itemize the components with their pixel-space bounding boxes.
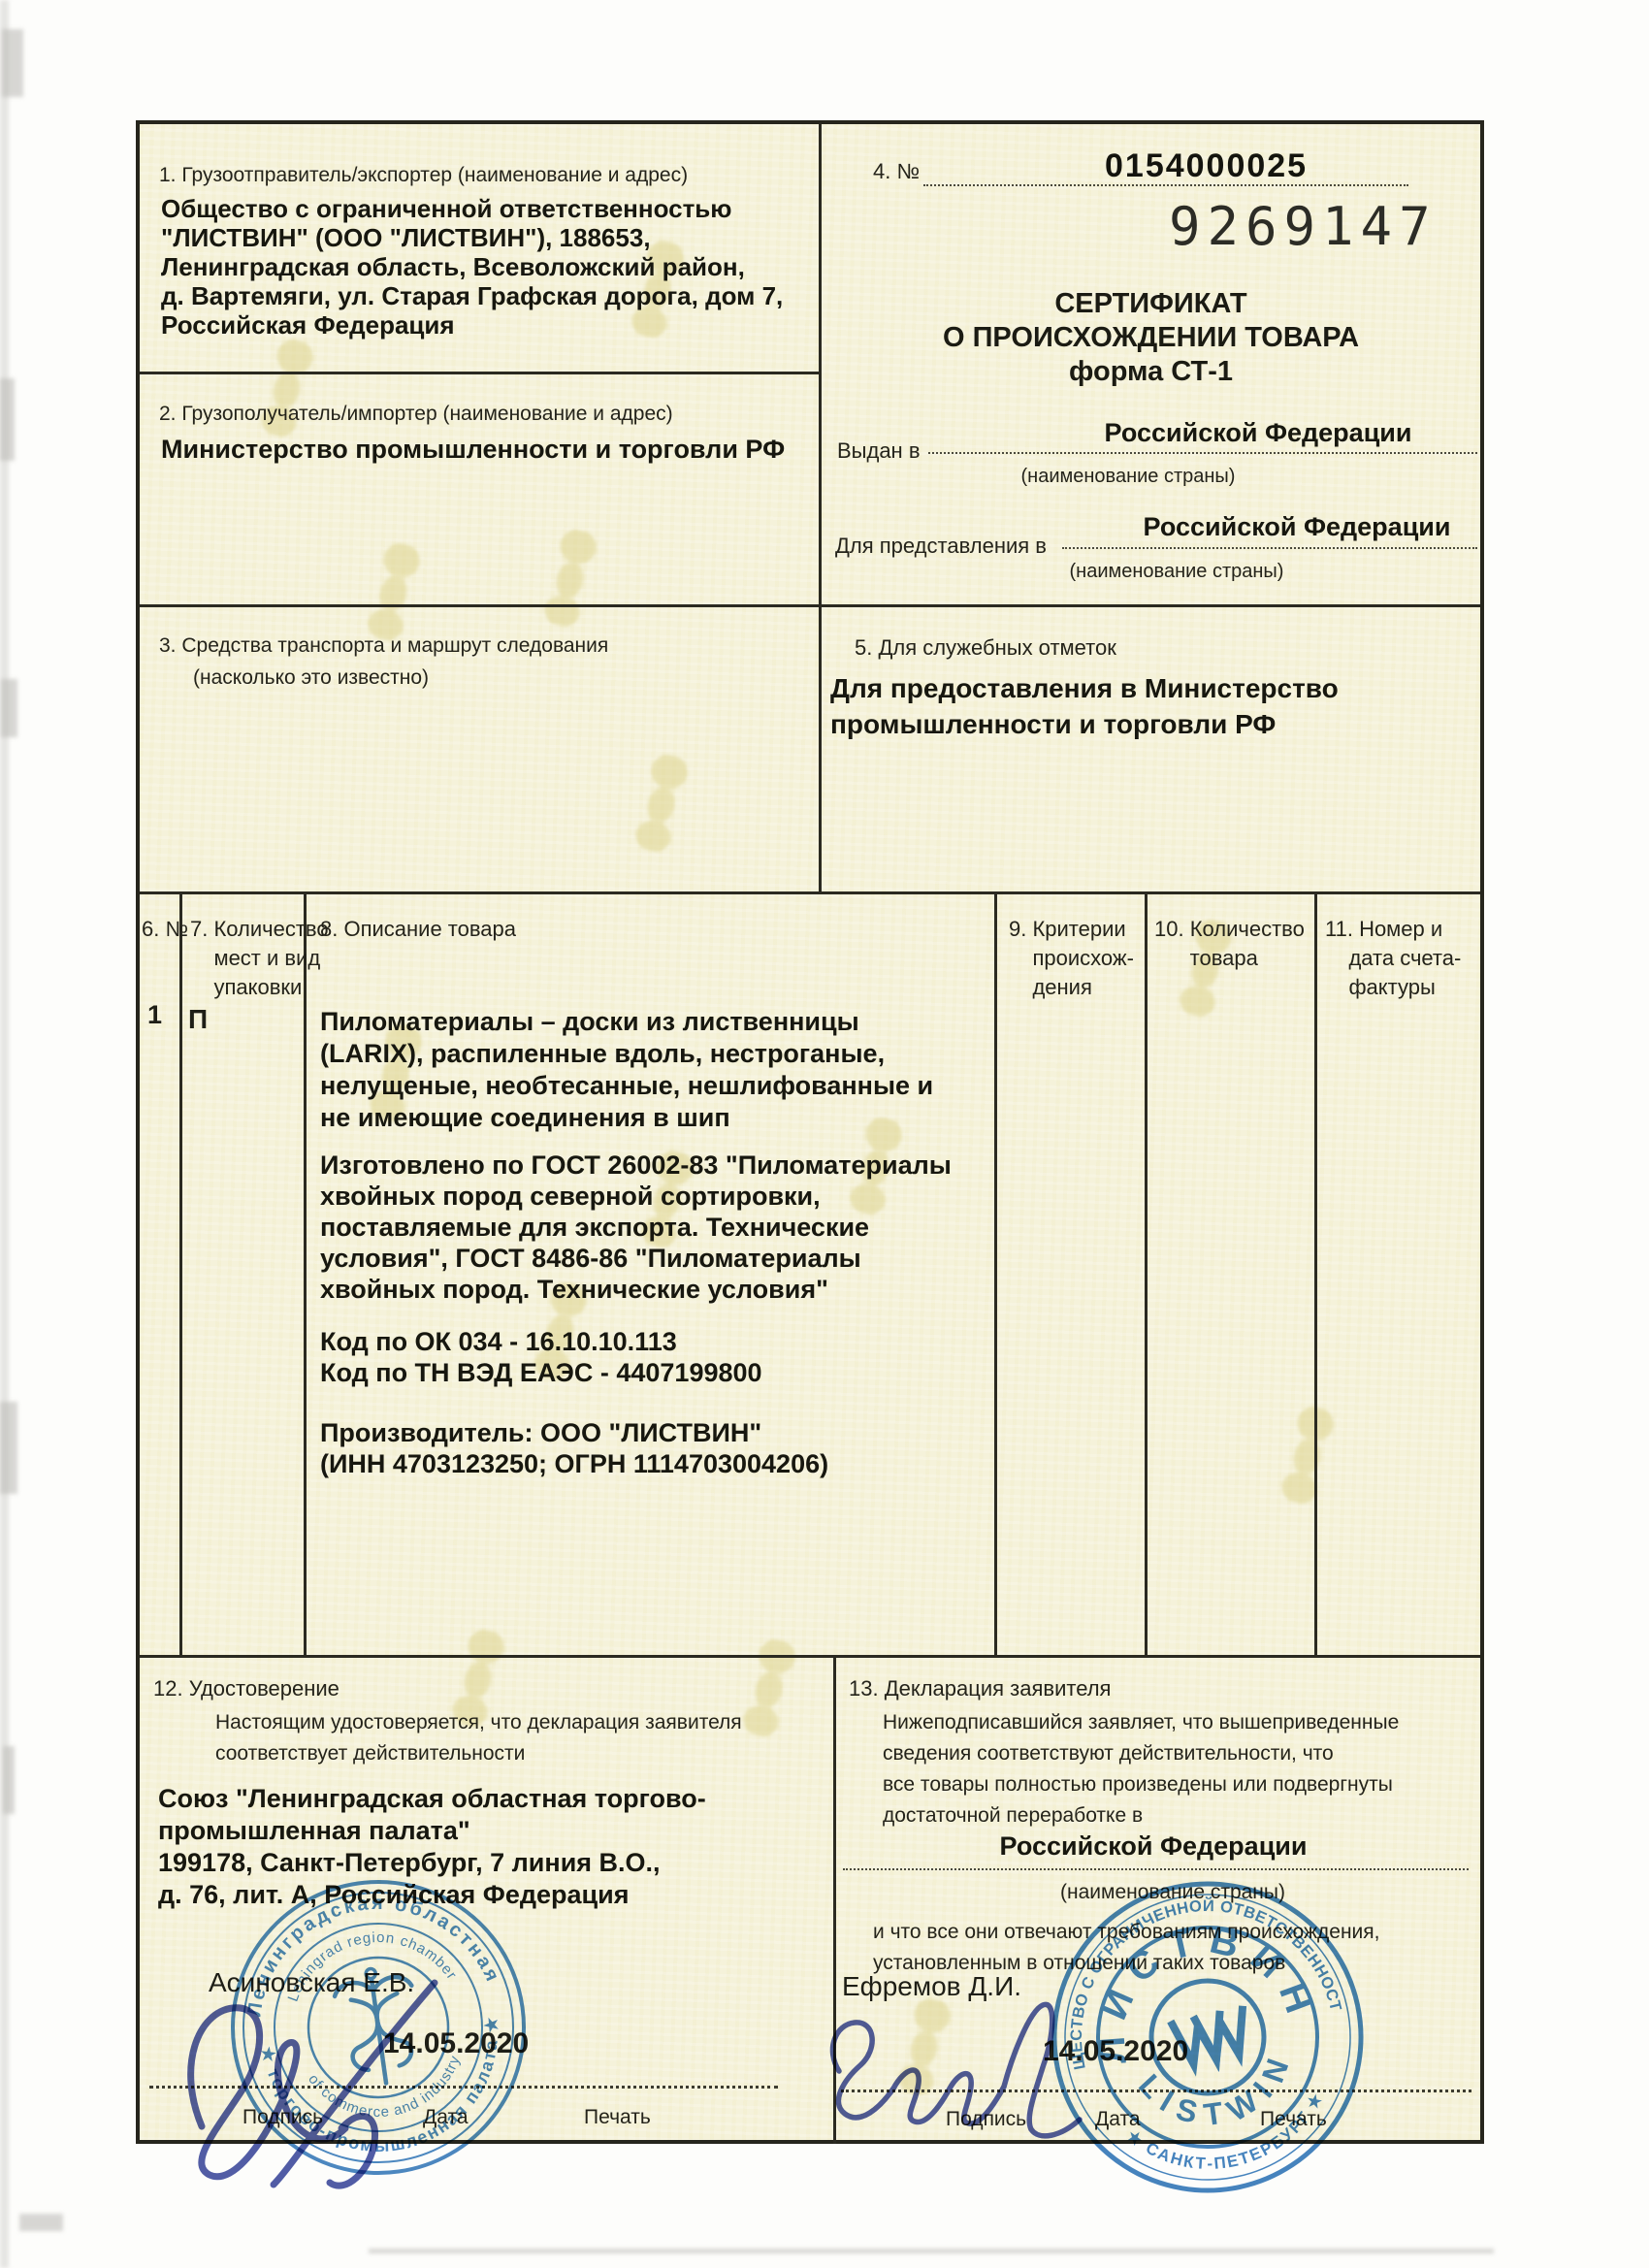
scan-smudge (0, 378, 15, 461)
box12-statement: Настоящим удостоверяется, что декларация… (215, 1707, 742, 1769)
box13-statement: Нижеподписавшийся заявляет, что вышеприв… (883, 1707, 1399, 1831)
col-origin-header: 9. Критерии происхож- дения (1009, 915, 1134, 1002)
box13-label: 13. Декларация заявителя (849, 1674, 1111, 1703)
listwin-stamp: ОБЩЕСТВО С ОГРАНИЧЕННОЙ ОТВЕТСТВЕННОСТЬЮ… (1043, 1872, 1373, 2202)
certificate-form: 1. Грузоотправитель/экспортер (наименова… (136, 120, 1484, 2144)
description-codes: Код по ОК 034 - 16.10.10.113 Код по ТН В… (320, 1326, 989, 1388)
scan-bottom-streak (369, 2249, 1494, 2253)
caduceus-icon (332, 1963, 425, 2089)
goods-table: 6. № 7. Количество мест и вид упаковки 8… (140, 891, 1480, 1655)
svg-text:Ленинградская областная: Ленинградская областная (229, 1875, 504, 2021)
description-gost: Изготовлено по ГОСТ 26002-83 "Пиломатери… (320, 1150, 989, 1305)
form-number: 0154000025 (1105, 147, 1308, 185)
box5-value: Для предоставления в Министерство промыш… (830, 670, 1339, 742)
box1-label: 1. Грузоотправитель/экспортер (наименова… (159, 161, 688, 190)
box-certificate-header: 4. № 0154000025 9269147 СЕРТИФИКАТ О ПРО… (822, 124, 1480, 604)
issued-dotted-line (928, 431, 1477, 454)
scan-edge-strip (0, 0, 9, 2268)
row-origin-criteria: П (188, 1004, 208, 1035)
box5-label: 5. Для служебных отметок (855, 633, 1116, 663)
blank-number: 9269147 (1169, 196, 1438, 257)
box1-value: Общество с ограниченной ответственностью… (161, 194, 783, 340)
chamber-stamp: Ленинградская областная ★ торгово-промыш… (218, 1867, 538, 2187)
country-hint: (наименование страны) (924, 462, 1332, 491)
box12-seal-label: Печать (584, 2103, 651, 2132)
country-hint-2: (наименование страны) (973, 557, 1380, 586)
certificate-title: СЕРТИФИКАТ О ПРОИСХОЖДЕНИИ ТОВАРА форма … (822, 287, 1480, 389)
present-dotted-line (1062, 526, 1477, 549)
scan-smudge (2, 29, 23, 97)
col-number-header: 6. № (142, 915, 188, 944)
scan-smudge (0, 1402, 17, 1494)
box4-number-label: 4. № (873, 157, 920, 186)
listwin-monogram-icon (1171, 2006, 1252, 2067)
box12-label: 12. Удостоверение (153, 1674, 339, 1703)
col-invoice-header: 11. Номер и дата счета- фактуры (1325, 915, 1461, 1002)
box-consignee: 2. Грузополучатель/импортер (наименовани… (140, 374, 819, 604)
scan-smudge (1, 679, 17, 737)
scan-smudge (3, 1746, 15, 1814)
box3-label: 3. Средства транспорта и маршрут следова… (159, 630, 608, 694)
box2-value: Министерство промышленности и торговли Р… (161, 435, 785, 464)
row-description: Пиломатериалы – доски из лиственницы (LA… (320, 1006, 989, 1479)
issued-in-label: Выдан в (837, 437, 921, 466)
box-consignor: 1. Грузоотправитель/экспортер (наименова… (140, 124, 819, 372)
col-description-header: 8. Описание товара (320, 915, 516, 944)
box-transport: 3. Средства транспорта и маршрут следова… (140, 604, 819, 891)
description-producer: Производитель: ООО "ЛИСТВИН" (ИНН 470312… (320, 1417, 989, 1479)
box-official-marks: 5. Для служебных отметок Для предоставле… (822, 604, 1480, 891)
box13-country-line (843, 1849, 1469, 1870)
chamber-ring-top-text: Ленинградская областная (229, 1875, 504, 2021)
col-packages-header: 7. Количество мест и вид упаковки (190, 915, 329, 1002)
description-goods: Пиломатериалы – доски из лиственницы (LA… (320, 1006, 989, 1134)
scan-smudge (19, 2214, 63, 2231)
row-number: 1 (147, 1000, 162, 1030)
col-quantity-header: 10. Количество товара (1154, 915, 1305, 973)
box2-label: 2. Грузополучатель/импортер (наименовани… (159, 400, 673, 429)
